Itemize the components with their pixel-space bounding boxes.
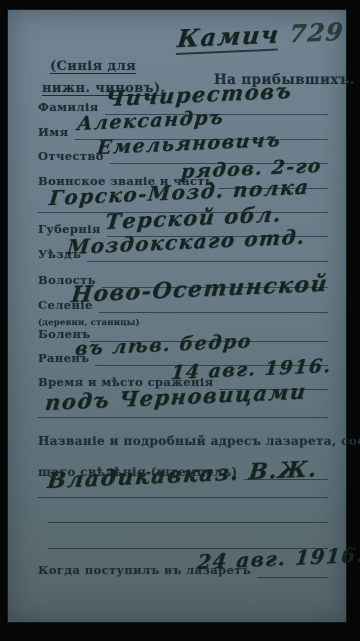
series-note-line1: (Синія для (50, 60, 136, 73)
scanned-photo-background: Камич 729 (Синія для нижн. чиновъ). На п… (0, 0, 360, 641)
corner-note-handwriting: Камич 729 (176, 17, 345, 53)
hospital-label-line1: Названіе и подробный адресъ лазарета, со… (38, 435, 360, 447)
first-name-label: Имя (38, 125, 75, 140)
corner-note-number: 729 (288, 17, 345, 49)
hospital-admission-card: Камич 729 (Синія для нижн. чиновъ). На п… (8, 10, 346, 622)
corner-note-word: Камич (176, 19, 281, 55)
blank-line-1 (48, 502, 328, 523)
